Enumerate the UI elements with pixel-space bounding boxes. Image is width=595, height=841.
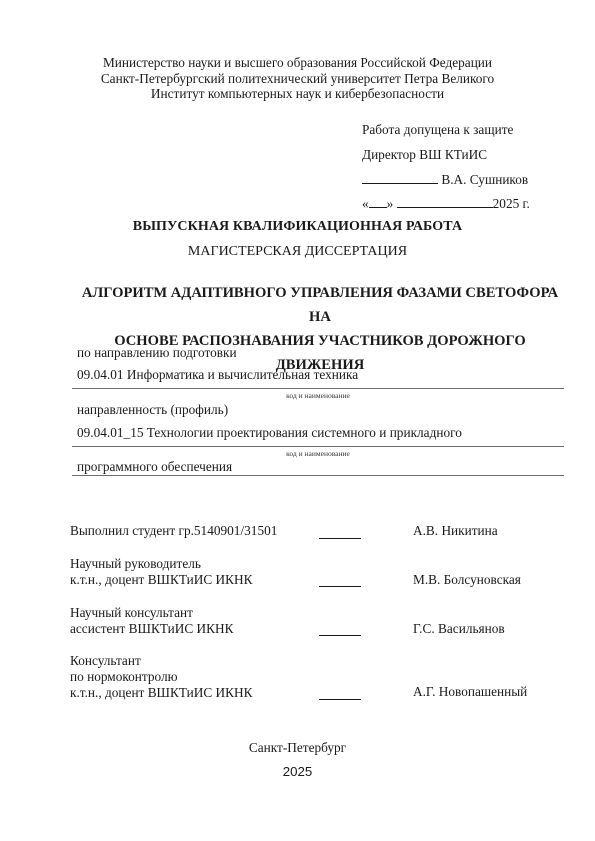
month-blank-line <box>397 195 493 208</box>
signature-name: М.В. Болсуновская <box>413 572 521 588</box>
divider <box>72 475 564 476</box>
date-open-quote: « <box>362 196 369 211</box>
direction-caption: код и наименование <box>72 391 564 400</box>
divider <box>72 388 564 389</box>
work-type-title: ВЫПУСКНАЯ КВАЛИФИКАЦИОННАЯ РАБОТА <box>0 219 595 235</box>
work-type-subtitle: МАГИСТЕРСКАЯ ДИССЕРТАЦИЯ <box>0 244 595 260</box>
institute-line: Институт компьютерных наук и кибербезопа… <box>0 86 595 102</box>
city: Санкт-Петербург <box>0 740 595 756</box>
signature-line <box>319 635 361 636</box>
signature-name: А.Г. Новопашенный <box>413 684 527 700</box>
date-close-quote: » <box>387 196 394 211</box>
ministry-line: Министерство науки и высшего образования… <box>0 55 595 71</box>
profile-value-line1: 09.04.01_15 Технологии проектирования си… <box>77 425 462 441</box>
date-year: 2025 г. <box>493 196 530 211</box>
year: 2025 <box>0 764 595 779</box>
role-line: по нормоконтролю <box>70 669 253 685</box>
divider <box>72 446 564 447</box>
signature-name: Г.С. Васильянов <box>413 621 505 637</box>
direction-label: по направлению подготовки <box>77 345 237 361</box>
day-blank-line <box>369 195 387 208</box>
approval-signer: В.А. Сушников <box>441 172 528 187</box>
approval-position: Директор ВШ КТиИС <box>362 147 487 163</box>
direction-value: 09.04.01 Информатика и вычислительная те… <box>77 367 358 383</box>
approval-admitted: Работа допущена к защите <box>362 122 513 138</box>
role-line: ассистент ВШКТиИС ИКНК <box>70 621 233 637</box>
approval-date-row: «» 2025 г. <box>362 195 530 212</box>
thesis-title: АЛГОРИТМ АДАПТИВНОГО УПРАВЛЕНИЯ ФАЗАМИ С… <box>75 281 565 377</box>
role-line: Научный руководитель <box>70 556 253 572</box>
university-line: Санкт-Петербургский политехнический унив… <box>0 71 595 87</box>
signature-line <box>319 699 361 700</box>
profile-caption: код и наименование <box>72 449 564 458</box>
role-line: Консультант <box>70 653 253 669</box>
role-line: Выполнил студент гр.5140901/31501 <box>70 523 277 539</box>
signature-role-consultant: Научный консультант ассистент ВШКТиИС ИК… <box>70 605 233 637</box>
signature-role-student: Выполнил студент гр.5140901/31501 <box>70 523 277 539</box>
signature-role-supervisor: Научный руководитель к.т.н., доцент ВШКТ… <box>70 556 253 588</box>
thesis-title-line: АЛГОРИТМ АДАПТИВНОГО УПРАВЛЕНИЯ ФАЗАМИ С… <box>75 281 565 329</box>
approval-signature-row: В.А. Сушников <box>362 171 528 188</box>
signature-name: А.В. Никитина <box>413 523 498 539</box>
signature-line <box>319 538 361 539</box>
profile-value-line2: программного обеспечения <box>77 459 232 475</box>
signature-line <box>319 586 361 587</box>
signature-role-normcontrol: Консультант по нормоконтролю к.т.н., доц… <box>70 653 253 701</box>
role-line: к.т.н., доцент ВШКТиИС ИКНК <box>70 685 253 701</box>
profile-label: направленность (профиль) <box>77 402 228 418</box>
role-line: Научный консультант <box>70 605 233 621</box>
signature-line <box>362 171 438 184</box>
ministry-header: Министерство науки и высшего образования… <box>0 55 595 102</box>
role-line: к.т.н., доцент ВШКТиИС ИКНК <box>70 572 253 588</box>
